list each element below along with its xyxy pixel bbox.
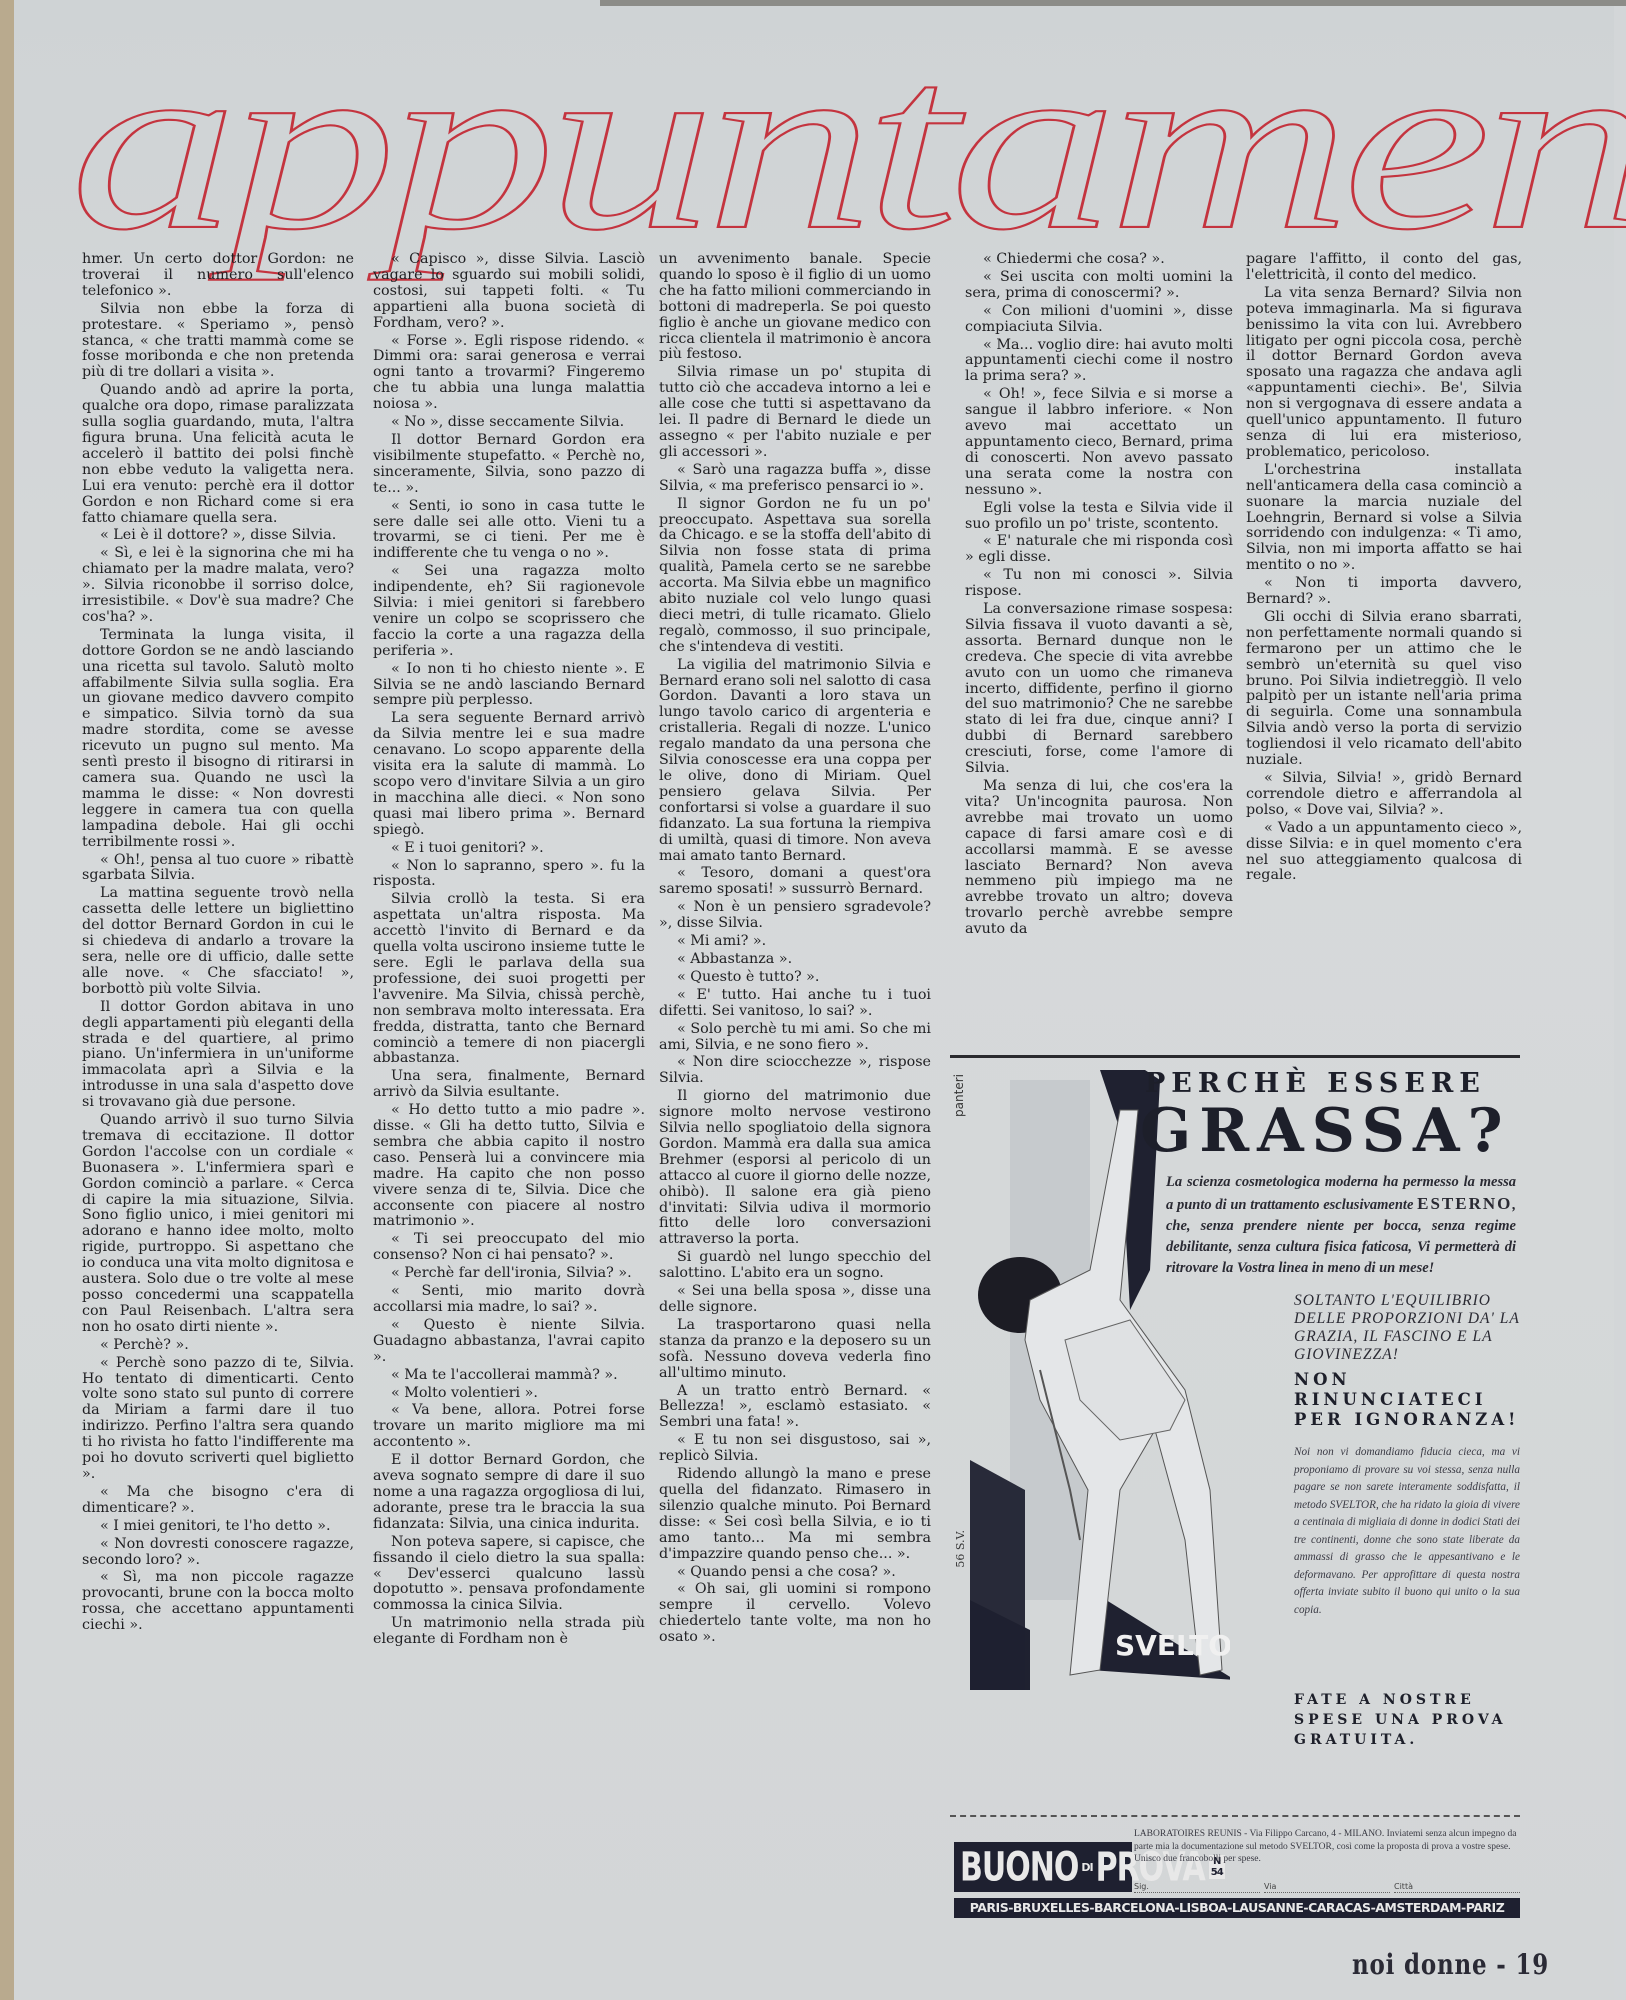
article-paragraph: « Quando pensi a che cosa? ». bbox=[659, 1565, 931, 1581]
article-paragraph: « Capisco », disse Silvia. Lasciò vagare… bbox=[373, 252, 645, 332]
article-paragraph: Una sera, finalmente, Bernard arrivò da … bbox=[373, 1069, 645, 1101]
article-paragraph: « Mi ami? ». bbox=[659, 934, 931, 950]
ad-call-to-action: FATE A NOSTRE SPESE UNA PROVA GRATUITA. bbox=[1294, 1690, 1520, 1750]
coupon-number-value: 54 bbox=[1211, 1867, 1223, 1878]
coupon-cut-line bbox=[950, 1815, 1520, 1817]
article-paragraph: Gli occhi di Silvia erano sbarrati, non … bbox=[1246, 610, 1522, 769]
article-paragraph: hmer. Un certo dottor Gordon: ne trovera… bbox=[82, 252, 354, 300]
article-paragraph: « Forse ». Egli rispose ridendo. « Dimmi… bbox=[373, 334, 645, 414]
article-paragraph: Un matrimonio nella strada più elegante … bbox=[373, 1616, 645, 1648]
article-paragraph: « E' tutto. Hai anche tu i tuoi difetti.… bbox=[659, 988, 931, 1020]
article-paragraph: La mattina seguente trovò nella cassetta… bbox=[82, 886, 354, 997]
article-paragraph: Silvia non ebbe la forza di protestare. … bbox=[82, 302, 354, 382]
article-paragraph: « Non dire sciocchezze », rispose Silvia… bbox=[659, 1055, 931, 1087]
article-paragraph: Il signor Gordon ne fu un po' preoccupat… bbox=[659, 497, 931, 656]
article-paragraph: « Non ti importa davvero, Bernard? ». bbox=[1246, 576, 1522, 608]
article-paragraph: « Vado a un appuntamento cieco », disse … bbox=[1246, 821, 1522, 885]
sveltor-logo: SVELTOR bbox=[1115, 1629, 1230, 1662]
coupon-badge: BUONO DI PROVA N54 bbox=[954, 1842, 1132, 1892]
article-paragraph: « E tu non sei disgustoso, sai », replic… bbox=[659, 1433, 931, 1465]
article-paragraph: « Tesoro, domani a quest'ora saremo spos… bbox=[659, 866, 931, 898]
ad-cities-banner: PARIS-BRUXELLES-BARCELONA-LISBOA-LAUSANN… bbox=[954, 1898, 1520, 1918]
coupon-field-city[interactable]: Città bbox=[1394, 1882, 1520, 1893]
article-paragraph: « Senti, mio marito dovrà accollarsi mia… bbox=[373, 1284, 645, 1316]
article-paragraph: « Ma che bisogno c'era di dimenticare? »… bbox=[82, 1485, 354, 1517]
article-paragraph: Silvia crollò la testa. Si era aspettata… bbox=[373, 892, 645, 1067]
article-paragraph: « Oh sai, gli uomini si rompono sempre i… bbox=[659, 1582, 931, 1646]
article-column-3: un avvenimento banale. Specie quando lo … bbox=[659, 252, 931, 1648]
article-paragraph: L'orchestrina installata nell'anticamera… bbox=[1246, 463, 1522, 574]
article-paragraph: Il dottor Gordon abitava in uno degli ap… bbox=[82, 1000, 354, 1111]
article-paragraph: E il dottor Bernard Gordon, che aveva so… bbox=[373, 1453, 645, 1533]
article-paragraph: « Molto volentieri ». bbox=[373, 1386, 645, 1402]
article-paragraph: « Questo è niente Silvia. Guadagno abbas… bbox=[373, 1318, 645, 1366]
article-paragraph: « Ti sei preoccupato del mio consenso? N… bbox=[373, 1232, 645, 1264]
article-paragraph: « Oh!, pensa al tuo cuore » ribattè sgar… bbox=[82, 853, 354, 885]
ad-soltanto: SOLTANTO L'EQUILIBRIO DELLE PROPORZIONI … bbox=[1294, 1292, 1520, 1364]
article-paragraph: « Non lo sapranno, spero ». fu la rispos… bbox=[373, 859, 645, 891]
article-paragraph: « Ma te l'accollerai mammà? ». bbox=[373, 1368, 645, 1384]
article-paragraph: « Perchè far dell'ironia, Silvia? ». bbox=[373, 1266, 645, 1282]
page-top-edge bbox=[600, 0, 1626, 6]
ad-code: 56 S.V. bbox=[954, 1530, 967, 1568]
article-paragraph: Il dottor Bernard Gordon era visibilment… bbox=[373, 433, 645, 497]
ad-body-text: Noi non vi domandiamo fiducia cieca, ma … bbox=[1294, 1444, 1520, 1619]
article-paragraph: « Va bene, allora. Potrei forse trovare … bbox=[373, 1403, 645, 1451]
article-paragraph: « Senti, io sono in casa tutte le sere d… bbox=[373, 499, 645, 563]
article-title: appuntamento bbox=[70, 40, 1626, 250]
article-paragraph: « Sei una ragazza molto indipendente, eh… bbox=[373, 564, 645, 659]
article-paragraph: « Solo perchè tu mi ami. So che mi ami, … bbox=[659, 1022, 931, 1054]
article-paragraph: « Con milioni d'uomini », disse compiaci… bbox=[965, 304, 1233, 336]
page-footer-folio: noi donne - 19 bbox=[1352, 1948, 1549, 1981]
article-paragraph: Ma senza di lui, che cos'era la vita? Un… bbox=[965, 779, 1233, 938]
coupon-badge-di: DI bbox=[1081, 1861, 1092, 1874]
article-paragraph: « Perchè sono pazzo di te, Silvia. Ho te… bbox=[82, 1356, 354, 1483]
article-paragraph: La sera seguente Bernard arrivò da Silvi… bbox=[373, 711, 645, 838]
article-paragraph: « Abbastanza ». bbox=[659, 952, 931, 968]
article-paragraph: Il giorno del matrimonio due signore mol… bbox=[659, 1089, 931, 1248]
coupon-field-name[interactable]: Sig. bbox=[1134, 1882, 1260, 1893]
coupon-badge-buono: BUONO bbox=[960, 1843, 1078, 1890]
article-column-5: pagare l'affitto, il conto del gas, l'el… bbox=[1246, 252, 1522, 886]
ad-headline-1: PERCHÈ ESSERE bbox=[1145, 1068, 1520, 1099]
ad-credit: panteri bbox=[952, 1074, 966, 1117]
ad-non-rinunciateci: NON RINUNCIATECI PER IGNORANZA! bbox=[1294, 1370, 1520, 1430]
article-paragraph: La trasportarono quasi nella stanza da p… bbox=[659, 1318, 931, 1382]
article-paragraph: pagare l'affitto, il conto del gas, l'el… bbox=[1246, 252, 1522, 284]
article-paragraph: La vita senza Bernard? Silvia non poteva… bbox=[1246, 286, 1522, 461]
coupon-text: LABORATOIRES REUNIS - Via Filippo Carcan… bbox=[1134, 1828, 1520, 1866]
ad-headline-2: GRASSA? bbox=[1140, 1096, 1520, 1166]
article-paragraph: Quando andò ad aprire la porta, qualche … bbox=[82, 383, 354, 526]
article-paragraph: un avvenimento banale. Specie quando lo … bbox=[659, 252, 931, 363]
article-paragraph: « Oh! », fece Silvia e si morse a sangue… bbox=[965, 387, 1233, 498]
article-paragraph: « Silvia, Silvia! », gridò Bernard corre… bbox=[1246, 771, 1522, 819]
article-paragraph: « E i tuoi genitori? ». bbox=[373, 841, 645, 857]
article-paragraph: « Sei uscita con molti uomini la sera, p… bbox=[965, 270, 1233, 302]
article-paragraph: « Ho detto tutto a mio padre ». disse. «… bbox=[373, 1103, 645, 1230]
article-paragraph: « Perchè? ». bbox=[82, 1338, 354, 1354]
article-paragraph: La conversazione rimase sospesa: Silvia … bbox=[965, 602, 1233, 777]
page-binding-edge bbox=[0, 0, 14, 2000]
article-paragraph: « Tu non mi conosci ». Silvia rispose. bbox=[965, 568, 1233, 600]
article-paragraph: « No », disse seccamente Silvia. bbox=[373, 415, 645, 431]
article-paragraph: « Io non ti ho chiesto niente ». E Silvi… bbox=[373, 662, 645, 710]
article-paragraph: « Sarò una ragazza buffa », disse Silvia… bbox=[659, 463, 931, 495]
article-paragraph: « Sei una bella sposa », disse una delle… bbox=[659, 1284, 931, 1316]
article-column-4: « Chiedermi che cosa? ».« Sei uscita con… bbox=[965, 252, 1233, 940]
article-paragraph: A un tratto entrò Bernard. « Bellezza! »… bbox=[659, 1384, 931, 1432]
article-column-1: hmer. Un certo dottor Gordon: ne trovera… bbox=[82, 252, 354, 1636]
article-paragraph: Silvia rimase un po' stupita di tutto ci… bbox=[659, 365, 931, 460]
article-paragraph: « Sì, ma non piccole ragazze provocanti,… bbox=[82, 1570, 354, 1634]
article-paragraph: « Chiedermi che cosa? ». bbox=[965, 252, 1233, 268]
article-paragraph: « Sì, e lei è la signorina che mi ha chi… bbox=[82, 546, 354, 626]
article-paragraph: Ridendo allungò la mano e prese quella d… bbox=[659, 1467, 931, 1562]
article-end-rule bbox=[950, 1055, 1520, 1058]
article-paragraph: Non poteva sapere, si capisce, che fissa… bbox=[373, 1535, 645, 1615]
ad-intro: La scienza cosmetologica moderna ha perm… bbox=[1166, 1172, 1516, 1279]
article-paragraph: Si guardò nel lungo specchio del salotti… bbox=[659, 1250, 931, 1282]
article-paragraph: « I miei genitori, te l'ho detto ». bbox=[82, 1519, 354, 1535]
coupon-fields: Sig. Via Città bbox=[1134, 1882, 1520, 1893]
article-paragraph: Egli volse la testa e Silvia vide il suo… bbox=[965, 501, 1233, 533]
article-paragraph: « E' naturale che mi risponda così » egl… bbox=[965, 534, 1233, 566]
article-paragraph: « Questo è tutto? ». bbox=[659, 970, 931, 986]
article-paragraph: « Non dovresti conoscere ragazze, second… bbox=[82, 1537, 354, 1569]
article-paragraph: « Non è un pensiero sgradevole? », disse… bbox=[659, 900, 931, 932]
article-column-2: « Capisco », disse Silvia. Lasciò vagare… bbox=[373, 252, 645, 1650]
article-paragraph: « Lei è il dottore? », disse Silvia. bbox=[82, 528, 354, 544]
article-paragraph: Quando arrivò il suo turno Silvia tremav… bbox=[82, 1113, 354, 1336]
article-paragraph: La vigilia del matrimonio Silvia e Berna… bbox=[659, 658, 931, 865]
ad-intro-emphasis: ESTERNO bbox=[1417, 1194, 1512, 1213]
article-paragraph: « Ma... voglio dire: hai avuto molti app… bbox=[965, 338, 1233, 386]
article-paragraph: Terminata la lunga visita, il dottore Go… bbox=[82, 628, 354, 851]
coupon-field-street[interactable]: Via bbox=[1264, 1882, 1390, 1893]
sveltor-advertisement: panteri 56 S.V. SVELTOR PERCHÈ ESSERE GR… bbox=[950, 1060, 1520, 1860]
